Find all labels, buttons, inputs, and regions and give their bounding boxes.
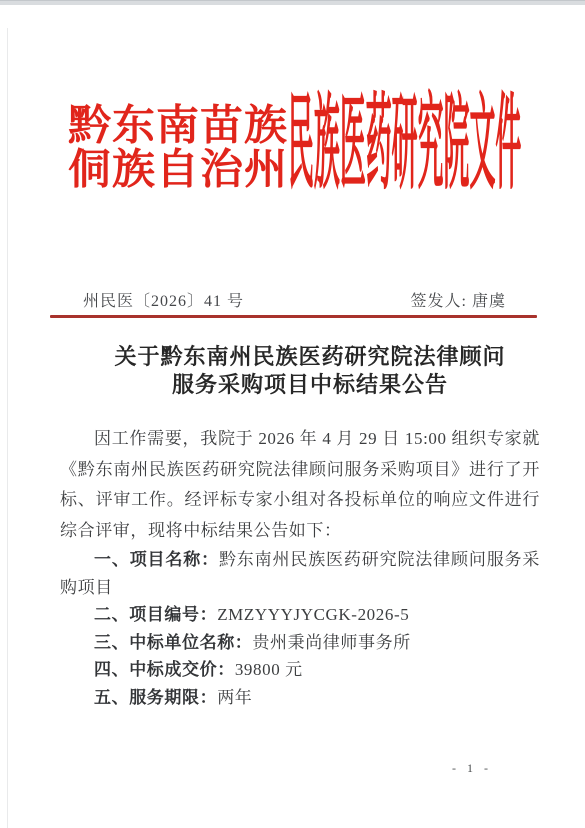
doc-info-row: 州民医〔2026〕41 号 签发人: 唐虞 xyxy=(60,288,538,311)
issuer: 签发人: 唐虞 xyxy=(411,288,506,311)
item-value: ZMZYYYJYCGK-2026-5 xyxy=(217,605,409,624)
item-value: 39800 元 xyxy=(235,660,303,679)
result-item: 四、中标成交价：39800 元 xyxy=(60,656,540,684)
letterhead-org-name: 黔东南苗族 侗族自治州 xyxy=(68,104,288,192)
document-page: 黔东南苗族 侗族自治州 民族医药研究院文件 州民医〔2026〕41 号 签发人:… xyxy=(0,0,585,828)
item-label: 五、服务期限： xyxy=(94,688,217,707)
item-value: 贵州秉尚律师事务所 xyxy=(252,633,410,652)
item-value: 两年 xyxy=(217,688,252,707)
item-label: 三、中标单位名称： xyxy=(94,633,252,652)
result-item: 五、服务期限：两年 xyxy=(60,684,540,712)
document-title-line2: 服务采购项目中标结果公告 xyxy=(70,371,550,399)
result-item: 三、中标单位名称：贵州秉尚律师事务所 xyxy=(60,629,540,657)
item-label: 一、项目名称： xyxy=(94,550,219,569)
letterhead-doc-type: 民族医药研究院文件 xyxy=(288,92,521,197)
document-body: 因工作需要，我院于 2026 年 4 月 29 日 15:00 组织专家就《黔东… xyxy=(60,424,540,711)
document-title-line1: 关于黔东南州民族医药研究院法律顾问 xyxy=(70,343,550,371)
issuer-label: 签发人: xyxy=(411,293,467,310)
issuer-name: 唐虞 xyxy=(472,293,506,310)
item-label: 四、中标成交价： xyxy=(94,660,235,679)
result-item: 二、项目编号：ZMZYYYJYCGK-2026-5 xyxy=(60,601,540,629)
red-separator-line xyxy=(50,315,537,318)
item-label: 二、项目编号： xyxy=(94,605,217,624)
letterhead-org-line2: 侗族自治州 xyxy=(68,148,288,192)
document-title: 关于黔东南州民族医药研究院法律顾问 服务采购项目中标结果公告 xyxy=(70,343,550,399)
letterhead-org-line1: 黔东南苗族 xyxy=(68,104,288,148)
scan-edge-strip xyxy=(0,0,585,5)
scan-edge-line xyxy=(7,28,8,828)
result-item: 一、项目名称：黔东南州民族医药研究院法律顾问服务采购项目 xyxy=(60,546,540,601)
page-number: - 1 - xyxy=(452,761,492,776)
body-paragraph: 因工作需要，我院于 2026 年 4 月 29 日 15:00 组织专家就《黔东… xyxy=(60,424,540,546)
doc-number: 州民医〔2026〕41 号 xyxy=(83,288,244,311)
